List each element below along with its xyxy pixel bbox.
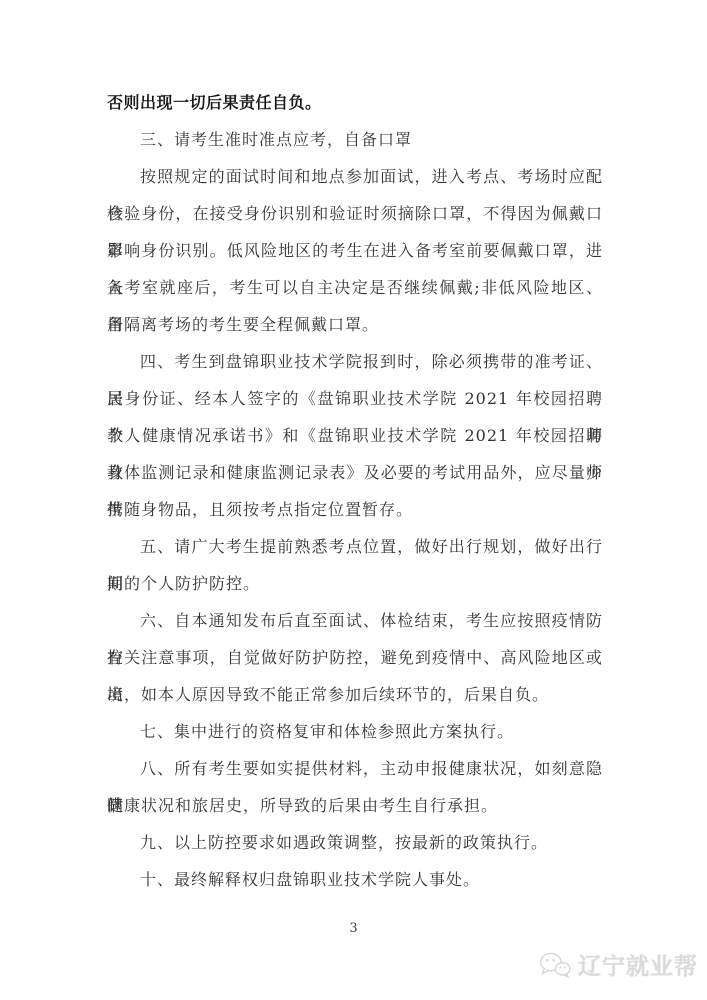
text-line: 八、所有考生要如实提供材料，主动申报健康状况，如刻意隐瞒 <box>107 750 603 787</box>
paragraph: 五、请广大考生提前熟悉考点位置，做好出行规划，做好出行期间的个人防护防控。 <box>107 528 603 602</box>
text-line: 否则出现一切后果责任自负。 <box>107 84 603 121</box>
text-line: 间的个人防护防控。 <box>107 565 603 602</box>
text-line: 五、请广大考生提前熟悉考点位置，做好出行规划，做好出行期 <box>107 528 603 565</box>
page-number: 3 <box>349 921 357 936</box>
watermark-label: 辽宁就业帮 <box>578 948 698 981</box>
watermark: 辽宁就业帮 <box>539 948 698 981</box>
chat-bubbles-icon <box>539 951 571 979</box>
paragraph: 按照规定的面试时间和地点参加面试，进入考点、考场时应配合核验身份，在接受身份识别… <box>107 158 603 343</box>
text-line: 十、最终解释权归盘锦职业技术学院人事处。 <box>107 861 603 898</box>
paragraph: 否则出现一切后果责任自负。 <box>107 84 603 121</box>
text-line: 影响身份识别。低风险地区的考生在进入备考室前要佩戴口罩，进入 <box>107 232 603 269</box>
text-line: 健康状况和旅居史，所导致的后果由考生自行承担。 <box>107 787 603 824</box>
text-line: 民身份证、经本人签字的《盘锦职业技术学院 2021 年校园招聘教师 <box>107 380 603 417</box>
text-line: 用隔离考场的考生要全程佩戴口罩。 <box>107 306 603 343</box>
paragraph: 六、自本通知发布后直至面试、体检结束，考生应按照疫情防控有关注意事项，自觉做好防… <box>107 602 603 713</box>
text-line: 四、考生到盘锦职业技术学院报到时，除必须携带的准考证、居 <box>107 343 603 380</box>
text-line: 境，如本人原因导致不能正常参加后续环节的，后果自负。 <box>107 676 603 713</box>
text-line: 带随身物品，且须按考点指定位置暂存。 <box>107 491 603 528</box>
text-line: 三、请考生准时准点应考，自备口罩 <box>107 121 603 158</box>
text-line: 身体监测记录和健康监测记录表》及必要的考试用品外，应尽量少携 <box>107 454 603 491</box>
paragraph: 九、以上防控要求如遇政策调整，按最新的政策执行。 <box>107 824 603 861</box>
text-line: 核验身份，在接受身份识别和验证时须摘除口罩，不得因为佩戴口罩 <box>107 195 603 232</box>
page-footer: 3 <box>0 921 707 936</box>
text-line: 备考室就座后，考生可以自主决定是否继续佩戴;非低风险地区、备 <box>107 269 603 306</box>
paragraph: 四、考生到盘锦职业技术学院报到时，除必须携带的准考证、居民身份证、经本人签字的《… <box>107 343 603 528</box>
paragraph: 八、所有考生要如实提供材料，主动申报健康状况，如刻意隐瞒健康状况和旅居史，所导致… <box>107 750 603 824</box>
text-line: 个人健康情况承诺书》和《盘锦职业技术学院 2021 年校园招聘教师 <box>107 417 603 454</box>
paragraph: 七、集中进行的资格复审和体检参照此方案执行。 <box>107 713 603 750</box>
text-line: 有关注意事项，自觉做好防护防控，避免到疫情中、高风险地区或出 <box>107 639 603 676</box>
text-line: 六、自本通知发布后直至面试、体检结束，考生应按照疫情防控 <box>107 602 603 639</box>
document-page: 否则出现一切后果责任自负。三、请考生准时准点应考，自备口罩按照规定的面试时间和地… <box>0 0 707 1000</box>
text-line: 七、集中进行的资格复审和体检参照此方案执行。 <box>107 713 603 750</box>
text-line: 按照规定的面试时间和地点参加面试，进入考点、考场时应配合 <box>107 158 603 195</box>
document-body: 否则出现一切后果责任自负。三、请考生准时准点应考，自备口罩按照规定的面试时间和地… <box>107 84 603 898</box>
paragraph: 三、请考生准时准点应考，自备口罩 <box>107 121 603 158</box>
text-line: 九、以上防控要求如遇政策调整，按最新的政策执行。 <box>107 824 603 861</box>
paragraph: 十、最终解释权归盘锦职业技术学院人事处。 <box>107 861 603 898</box>
